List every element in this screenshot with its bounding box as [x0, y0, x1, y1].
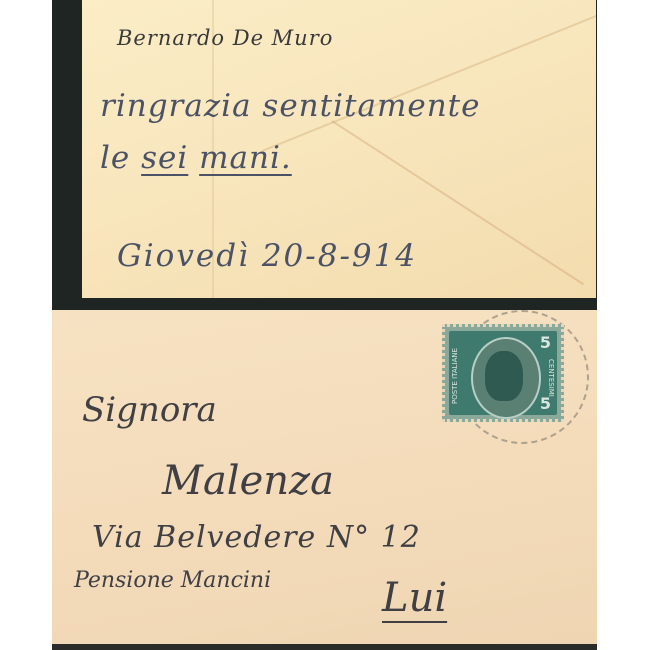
address-street: Via Belvedere N° 12: [92, 520, 421, 555]
message-underlined-word: mani.: [199, 140, 292, 176]
address-name: Malenza: [162, 458, 334, 504]
king-portrait-icon: [485, 351, 523, 401]
postage-stamp: 5 5 POSTE ITALIANE CENTESIMI: [442, 324, 564, 422]
envelope: 5 5 POSTE ITALIANE CENTESIMI Signora Mal…: [52, 310, 597, 646]
address-city: Lui: [382, 575, 447, 621]
address-salutation: Signora: [82, 390, 217, 430]
message-line-2: le sei mani.: [100, 140, 292, 176]
stamp-frame: 5 5 POSTE ITALIANE CENTESIMI: [449, 331, 557, 415]
calling-card: Bernardo De Muro ringrazia sentitamente …: [82, 0, 596, 298]
stamp-value: 5: [540, 333, 551, 352]
printed-name: Bernardo De Muro: [117, 26, 333, 50]
message-line-1: ringrazia sentitamente: [100, 88, 480, 124]
stamp-denomination-text: CENTESIMI: [541, 353, 555, 403]
envelope-shadow-edge: [52, 644, 597, 650]
message-word: le: [100, 140, 130, 176]
address-lodging: Pensione Mancini: [74, 568, 271, 593]
stamp-country-text: POSTE ITALIANE: [451, 341, 465, 411]
fold-crease: [262, 0, 596, 152]
handwritten-date: Giovedì 20-8-914: [117, 238, 417, 274]
message-underlined-word: sei: [141, 140, 188, 176]
